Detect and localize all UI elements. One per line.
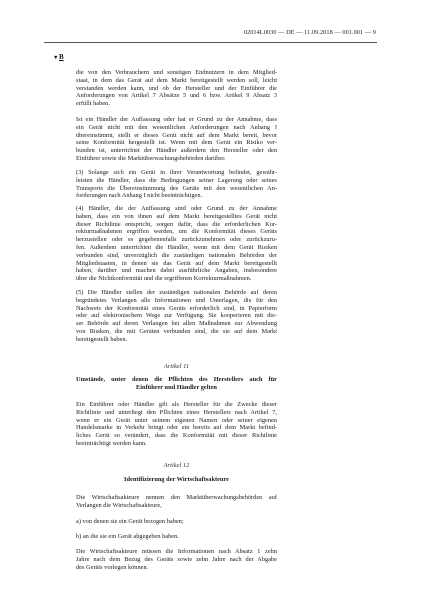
text-line: leisten die Händler, dass die Bedingunge… [76, 177, 277, 185]
text-line: Richtlinie und unterliegt den Pflichten … [76, 409, 277, 417]
text-line: fen. Außerdem unterrichten die Händler, … [76, 244, 277, 252]
article-number: Artikel 12 [76, 462, 277, 470]
article-11-body: Ein Einführer oder Händler gilt als Hers… [76, 401, 277, 448]
document-page: 02014L0030 — DE — 11.09.2018 — 001.001 —… [0, 0, 424, 600]
paragraph-continuation: die von den Verbrauchern und sonstigen E… [76, 69, 277, 108]
text-line: forderungen nach Anhang I nicht beeinträ… [76, 192, 277, 200]
marker-label: B [59, 53, 64, 61]
text-line: dieser Richtlinie entspricht, sorgen daf… [76, 221, 277, 229]
text-line: (4) Händler, die der Auffassung sind ode… [76, 205, 277, 213]
text-line: wenn er ein Gerät unter seinem eigenen N… [76, 417, 277, 425]
triangle-down-icon: ▼ [53, 55, 58, 61]
document-reference-header: 02014L0030 — DE — 11.09.2018 — 001.001 —… [180, 29, 376, 36]
article-11-title: Umstände, unter denen die Pflichten des … [76, 376, 277, 392]
text-line: Die Wirtschaftsakteure müssen die Inform… [76, 548, 277, 556]
text-line: staat, in dem das Gerät auf dem Markt be… [76, 77, 277, 85]
text-line: begründetes Verlangen alle Informationen… [76, 297, 277, 305]
article-title-line: Identifizierung der Wirtschaftsakteure [76, 476, 277, 484]
text-line: des Geräts vorlegen können. [76, 564, 277, 572]
text-line: bunden ist, unterrichtet der Händler auß… [76, 147, 277, 155]
article-11-number: Artikel 11 [76, 363, 277, 371]
article-12-item-a: a) von denen sie ein Gerät bezogen haben… [76, 518, 277, 526]
text-line: die von den Verbrauchern und sonstigen E… [76, 69, 277, 77]
text-line: herzustellen oder es gegebenenfalls zurü… [76, 236, 277, 244]
text-line: Jahre nach dem Bezug des Geräts sowie ze… [76, 556, 277, 564]
article-title-line: Umstände, unter denen die Pflichten des … [76, 376, 277, 384]
text-line: Einführer sowie die Marktüberwachungsbeh… [76, 155, 277, 163]
text-line: liches Gerät so verändert, dass die Konf… [76, 432, 277, 440]
text-line: oder auf elektronischem Wege zur Verfügu… [76, 312, 277, 320]
text-line: haben, dass ein von ihnen auf dem Markt … [76, 213, 277, 221]
text-line: Die Wirtschaftsakteure nennen den Marktü… [76, 494, 277, 502]
consolidation-marker: ▼B [53, 53, 64, 61]
text-line: Verlangen die Wirtschaftsakteure, [76, 502, 277, 510]
article-12-item-b: b) an die sie ein Gerät abgegeben haben. [76, 533, 277, 541]
text-line: verstanden werden kann, und ob der Herst… [76, 85, 277, 93]
text-line: verbunden sind, unverzüglich die zuständ… [76, 252, 277, 260]
article-12-title: Identifizierung der Wirtschaftsakteure [76, 476, 277, 484]
list-item: b) an die sie ein Gerät abgegeben haben. [76, 533, 277, 541]
text-line: rekturmaßnahmen ergriffen werden, um die… [76, 228, 277, 236]
text-line: (3) Solange sich ein Gerät in ihrer Vera… [76, 169, 277, 177]
paragraph-3: (3) Solange sich ein Gerät in ihrer Vera… [76, 169, 277, 200]
text-line: Mitgliedstaaten, in denen sie das Gerät … [76, 260, 277, 268]
text-line: seine Konformität hergestellt ist. Wenn … [76, 139, 277, 147]
paragraph-5: (5) Die Händler stellen der zuständigen … [76, 289, 277, 344]
text-line: bereitgestellt haben. [76, 336, 277, 344]
header-divider [44, 42, 377, 43]
list-item: a) von denen sie ein Gerät bezogen haben… [76, 518, 277, 526]
article-title-line: Einführer und Händler gelten [76, 384, 277, 392]
text-line: Anforderungen von Artikel 7 Absätze 5 un… [76, 92, 277, 100]
text-line: ser Behörde auf deren Verlangen bei alle… [76, 320, 277, 328]
text-line: (5) Die Händler stellen der zuständigen … [76, 289, 277, 297]
text-line: ein Gerät nicht mit den wesentlichen Anf… [76, 124, 277, 132]
text-line: von Risiken, die mit Geräten verbunden s… [76, 328, 277, 336]
article-12-number: Artikel 12 [76, 462, 277, 470]
text-line: übereinstimmt, stellt er dieses Gerät ni… [76, 132, 277, 140]
article-12-closing: Die Wirtschaftsakteure müssen die Inform… [76, 548, 277, 571]
paragraph-4: (4) Händler, die der Auffassung sind ode… [76, 205, 277, 283]
text-line: Handelsmarke in Verkehr bringt oder ein … [76, 424, 277, 432]
text-line: erfüllt haben. [76, 100, 277, 108]
article-12-intro: Die Wirtschaftsakteure nennen den Marktü… [76, 494, 277, 510]
text-line: beeinträchtigt werden kann. [76, 440, 277, 448]
article-number: Artikel 11 [76, 363, 277, 371]
text-line: Transports die Übereinstimmung des Gerät… [76, 185, 277, 193]
text-line: haben, darüber und machen dabei ausführl… [76, 267, 277, 275]
text-line: über die Nichtkonformität und die ergrif… [76, 275, 277, 283]
text-line: Ein Einführer oder Händler gilt als Hers… [76, 401, 277, 409]
text-line: Ist ein Händler der Auffassung oder hat … [76, 116, 277, 124]
text-line: Nachweis der Konformität eines Geräts er… [76, 305, 277, 313]
paragraph-2: Ist ein Händler der Auffassung oder hat … [76, 116, 277, 163]
